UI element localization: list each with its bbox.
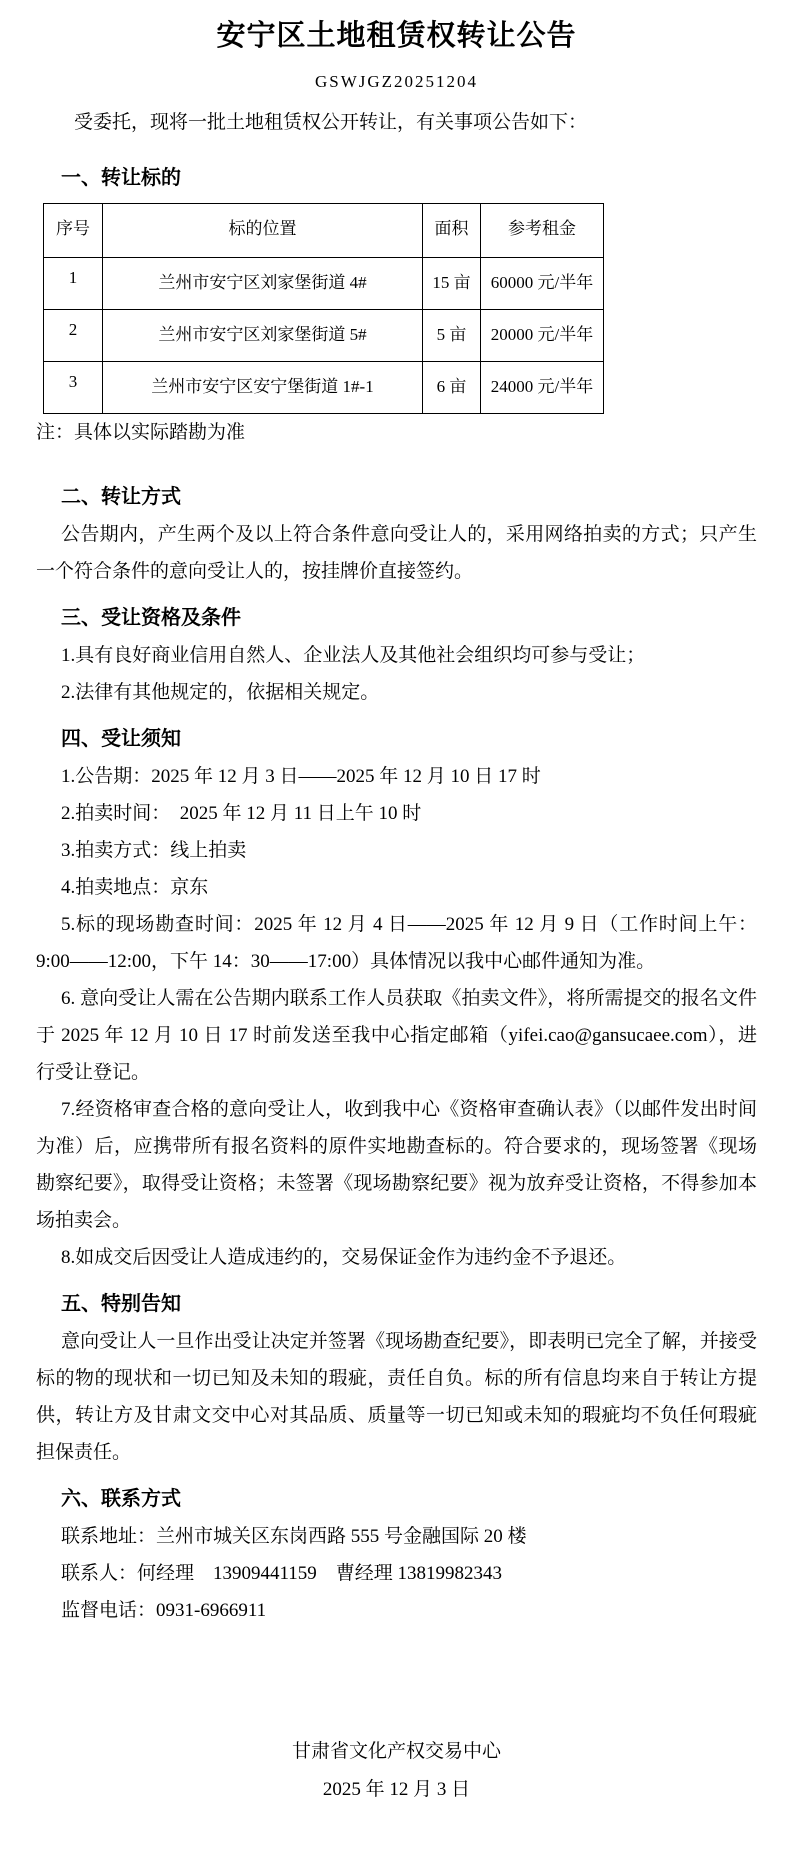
list-item: 6. 意向受让人需在公告期内联系工作人员获取《拍卖文件》，将所需提交的报名文件于… <box>36 980 757 1091</box>
cell-area: 5 亩 <box>423 310 481 362</box>
cell-no: 3 <box>44 362 103 414</box>
col-header-no: 序号 <box>44 204 103 258</box>
list-item: 4.拍卖地点：京东 <box>36 869 757 906</box>
cell-location: 兰州市安宁区刘家堡街道 5# <box>103 310 423 362</box>
section-6-heading: 六、联系方式 <box>61 1481 757 1518</box>
list-item: 1.具有良好商业信用自然人、企业法人及其他社会组织均可参与受让； <box>36 637 757 674</box>
col-header-location: 标的位置 <box>103 204 423 258</box>
cell-location: 兰州市安宁区安宁堡街道 1#-1 <box>103 362 423 414</box>
footer-date: 2025 年 12 月 3 日 <box>36 1771 757 1809</box>
announcement-document: 安宁区土地租赁权转让公告 GSWJGZ20251204 受委托，现将一批土地租赁… <box>0 0 793 1854</box>
list-item: 5.标的现场勘查时间：2025 年 12 月 4 日——2025 年 12 月 … <box>36 906 757 980</box>
cell-location: 兰州市安宁区刘家堡街道 4# <box>103 258 423 310</box>
section-5-heading: 五、特别告知 <box>61 1286 757 1323</box>
subject-table: 序号 标的位置 面积 参考租金 1 兰州市安宁区刘家堡街道 4# 15 亩 60… <box>43 203 604 414</box>
doc-footer: 甘肃省文化产权交易中心 2025 年 12 月 3 日 <box>36 1733 757 1809</box>
doc-title: 安宁区土地租赁权转让公告 <box>36 16 757 56</box>
list-item: 1.公告期：2025 年 12 月 3 日——2025 年 12 月 10 日 … <box>36 758 757 795</box>
cell-no: 2 <box>44 310 103 362</box>
cell-area: 6 亩 <box>423 362 481 414</box>
col-header-rent: 参考租金 <box>481 204 604 258</box>
section-4-heading: 四、受让须知 <box>61 721 757 758</box>
table-note: 注：具体以实际踏勘为准 <box>36 414 757 451</box>
list-item: 7.经资格审查合格的意向受让人，收到我中心《资格审查确认表》（以邮件发出时间为准… <box>36 1091 757 1239</box>
doc-code: GSWJGZ20251204 <box>36 70 757 94</box>
intro-paragraph: 受委托，现将一批土地租赁权公开转让，有关事项公告如下： <box>36 104 757 141</box>
list-item: 8.如成交后因受让人造成违约的，交易保证金作为违约金不予退还。 <box>36 1239 757 1276</box>
cell-no: 1 <box>44 258 103 310</box>
footer-org: 甘肃省文化产权交易中心 <box>36 1733 757 1771</box>
cell-rent: 60000 元/半年 <box>481 258 604 310</box>
table-row: 3 兰州市安宁区安宁堡街道 1#-1 6 亩 24000 元/半年 <box>44 362 604 414</box>
col-header-area: 面积 <box>423 204 481 258</box>
section-2-paragraph: 公告期内，产生两个及以上符合条件意向受让人的，采用网络拍卖的方式；只产生一个符合… <box>36 516 757 590</box>
section-1-heading: 一、转让标的 <box>61 160 757 197</box>
section-5-paragraph: 意向受让人一旦作出受让决定并签署《现场勘查纪要》，即表明已完全了解，并接受标的物… <box>36 1323 757 1471</box>
cell-rent: 24000 元/半年 <box>481 362 604 414</box>
section-2-heading: 二、转让方式 <box>61 479 757 516</box>
list-item: 2.法律有其他规定的，依据相关规定。 <box>36 674 757 711</box>
contact-person-line: 联系人：何经理 13909441159 曹经理 13819982343 <box>36 1555 757 1592</box>
table-row: 1 兰州市安宁区刘家堡街道 4# 15 亩 60000 元/半年 <box>44 258 604 310</box>
section-3-heading: 三、受让资格及条件 <box>61 600 757 637</box>
list-item: 2.拍卖时间： 2025 年 12 月 11 日上午 10 时 <box>36 795 757 832</box>
supervision-phone-line: 监督电话：0931-6966911 <box>36 1592 757 1629</box>
list-item: 3.拍卖方式：线上拍卖 <box>36 832 757 869</box>
table-row: 2 兰州市安宁区刘家堡街道 5# 5 亩 20000 元/半年 <box>44 310 604 362</box>
cell-area: 15 亩 <box>423 258 481 310</box>
table-header-row: 序号 标的位置 面积 参考租金 <box>44 204 604 258</box>
contact-address-line: 联系地址：兰州市城关区东岗西路 555 号金融国际 20 楼 <box>36 1518 757 1555</box>
cell-rent: 20000 元/半年 <box>481 310 604 362</box>
